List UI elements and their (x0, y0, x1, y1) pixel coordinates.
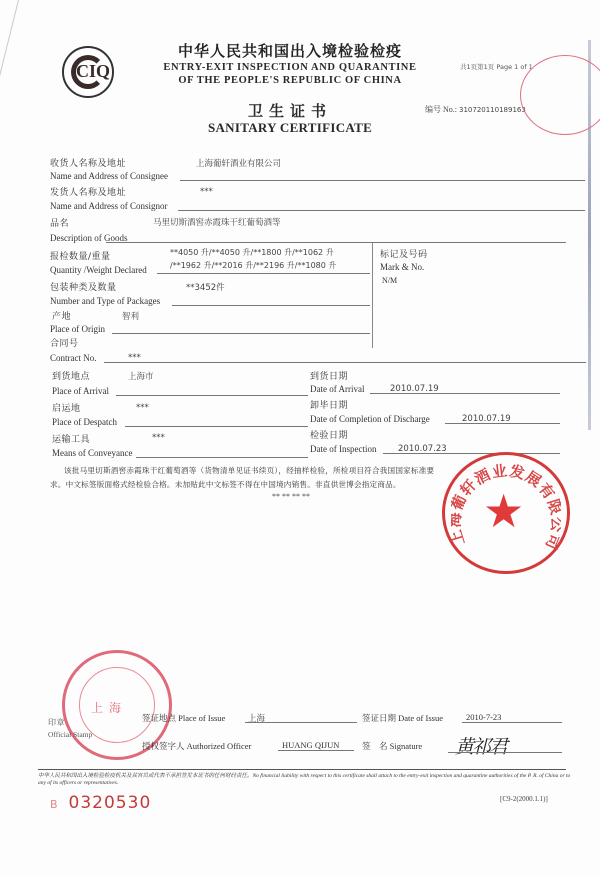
consignee-label-en: Name and Address of Consignee (50, 171, 168, 181)
goods-label-zh: 品名 (50, 216, 69, 229)
quantity-value-line1: **4050 升/**4050 升/**1800 升/**1062 升 (170, 247, 334, 258)
inspection-date-label-en: Date of Inspection (310, 444, 376, 454)
conveyance-label-en: Means of Conveyance (52, 448, 132, 458)
quantity-label-zh: 报检数量/重量 (50, 249, 111, 262)
consignor-underline (178, 210, 585, 211)
conveyance-value: *** (152, 433, 165, 443)
certificate-number: 编号 No.: 310720110189163 (425, 104, 526, 115)
consignee-underline (180, 180, 585, 181)
serial-number-value: 0320530 (69, 793, 152, 813)
signature-label: 签 名 Signature (362, 740, 422, 752)
arrival-place-label-zh: 到货地点 (52, 369, 90, 382)
arrival-place-value: 上海市 (128, 370, 154, 382)
place-of-issue-label: 签证地点 Place of Issue (142, 712, 225, 724)
liability-disclaimer: 中华人民共和国出入境检验检疫机关及其官员或代表不承担签发本证书的任何财经责任。N… (38, 773, 578, 787)
certificate-title-zh: 卫生证书 (220, 100, 360, 121)
marks-value: N/M (382, 276, 397, 285)
authorized-officer-label: 授权签字人 Authorized Officer (142, 740, 251, 752)
despatch-underline (125, 426, 308, 427)
date-of-issue-underline (462, 722, 562, 723)
conveyance-label-zh: 运输工具 (52, 432, 90, 445)
official-stamp-label-en: Official Stamp (48, 730, 92, 739)
company-seal-stamp: 上海葡轩酒业发展有限公司 ★ (442, 452, 570, 574)
authorized-officer-underline (278, 750, 354, 751)
despatch-label-zh: 启运地 (52, 401, 81, 414)
star-icon: ★ (483, 489, 524, 535)
discharge-date-label-en: Date of Completion of Discharge (310, 414, 430, 424)
consignee-value: 上海葡轩酒业有限公司 (196, 157, 281, 169)
scan-edge-left (0, 0, 19, 320)
contract-underline (104, 362, 586, 363)
quantity-value-line2: /**1962 升/**2016 升/**2196 升/**1080 升 (170, 260, 336, 271)
certificate-title-en: SANITARY CERTIFICATE (180, 120, 400, 136)
footer-divider (38, 769, 566, 770)
consignor-label-zh: 发货人名称及地址 (50, 185, 126, 198)
authority-title-en-line2: OF THE PEOPLE'S REPUBLIC OF CHINA (140, 75, 440, 86)
despatch-value: *** (136, 403, 149, 413)
conveyance-underline (136, 457, 308, 458)
serial-prefix: B (50, 798, 59, 811)
serial-number: B0320530 (50, 793, 151, 813)
packages-label-zh: 包装种类及数量 (50, 280, 117, 293)
contract-label-zh: 合同号 (50, 336, 79, 349)
quantity-label-en: Quantity /Weight Declared (50, 265, 147, 275)
signature-handwritten: 黄祁君 (455, 732, 506, 759)
goods-underline (106, 242, 566, 243)
result-end-marks: ** ** ** ** (272, 492, 310, 501)
certificate-number-value: 310720110189163 (459, 106, 526, 114)
authority-title-zh: 中华人民共和国出入境检验检疫 (160, 40, 420, 61)
packages-label-en: Number and Type of Packages (50, 296, 160, 306)
inspection-date-underline (383, 453, 560, 454)
goods-value: 马里切斯酒窖赤霞珠干红葡萄酒等 (153, 216, 281, 228)
arrival-date-label-en: Date of Arrival (310, 384, 364, 394)
consignor-label-en: Name and Address of Consignor (50, 201, 167, 211)
despatch-label-en: Place of Despatch (52, 417, 117, 427)
origin-label-en: Place of Origin (50, 324, 105, 334)
ciq-logo: CIQ (62, 46, 114, 98)
page-info: 共1页第1页 Page 1 of 1 (460, 62, 533, 71)
origin-label-zh: 产地 (52, 309, 71, 322)
authorized-officer-value: HUANG QIJUN (282, 740, 339, 750)
official-stamp-label-zh: 印章 (48, 717, 65, 728)
contract-label-en: Contract No. (50, 353, 97, 363)
consignor-value: *** (200, 187, 213, 197)
date-of-issue-label: 签证日期 Date of Issue (362, 712, 443, 724)
signature-underline (448, 752, 562, 753)
place-of-issue-underline (245, 722, 357, 723)
discharge-date-label-zh: 卸毕日期 (310, 398, 348, 411)
marks-box-divider (372, 243, 373, 348)
origin-value: 智利 (122, 310, 139, 322)
authority-title-en-line1: ENTRY-EXIT INSPECTION AND QUARANTINE (140, 62, 440, 73)
discharge-date-underline (445, 423, 560, 424)
ciq-stamp-city: 上海 (91, 699, 127, 716)
date-of-issue-value: 2010-7-23 (466, 712, 501, 722)
arrival-date-label-zh: 到货日期 (310, 369, 348, 382)
marks-label-zh: 标记及号码 (380, 247, 428, 260)
form-code: [C9-2(2000.1.1)] (500, 795, 548, 803)
arrival-place-underline (116, 395, 308, 396)
marks-label-en: Mark & No. (380, 262, 424, 272)
consignee-label-zh: 收货人名称及地址 (50, 156, 126, 169)
origin-underline (112, 333, 370, 334)
arrival-date-underline (370, 393, 560, 394)
inspection-date-label-zh: 检验日期 (310, 428, 348, 441)
ciq-stamp-partial-top (520, 55, 600, 135)
quantity-underline (157, 273, 370, 274)
packages-underline (172, 305, 370, 306)
arrival-place-label-en: Place of Arrival (52, 386, 109, 396)
packages-value: **3452件 (186, 281, 225, 293)
